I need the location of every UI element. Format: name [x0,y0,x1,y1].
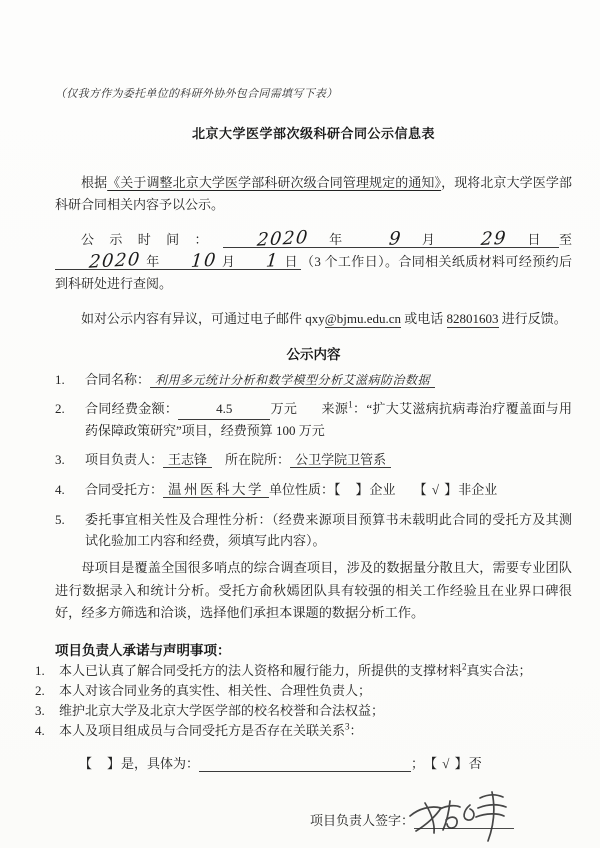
publicity-content-heading: 公示内容 [55,343,572,363]
handwritten-end-day: 1 [235,255,285,270]
item-number: 5. [55,509,85,551]
handwritten-start-month: 9 [357,233,407,248]
item-number: 1. [55,369,85,391]
source-colon: ： [353,401,367,416]
checkbox-yes[interactable]: 【 】 [79,753,121,772]
analysis-paragraph: 母项目是覆盖全国很多哨点的综合调查项目，涉及的数据量分散且大，需要专业团队进行数… [55,557,572,625]
document-content: （仅我方作为委托单位的科研外协外包合同需填写下表） 北京大学医学部次级科研合同公… [55,0,572,829]
declaration-items-list: 1. 本人已认真了解合同受托方的法人资格和履行能力，所提供的支撑材料2真实合法；… [35,661,572,741]
publicity-time-label: 公示时间： [81,232,223,247]
trustee-value: 温州医科大学 [163,482,269,498]
checkbox-enterprise[interactable]: 【 】 [334,482,370,497]
source-label: 来源 [321,401,348,416]
declaration-3-text: 维护北京大学及北京大学医学部的校名校誉和合法权益； [59,701,572,721]
end-date-fill: 2020年10月1日 [55,254,301,270]
yes-label: 是，具体为： [121,753,199,772]
amount-unit: 万元 [270,401,297,416]
to-character: 至 [559,232,572,247]
contract-name-label: 合同名称： [85,372,150,387]
item-number: 1. [35,661,59,681]
item-number: 4. [55,479,85,500]
declaration-1-suffix: 真实合法； [467,663,532,678]
list-item-project-leader: 3. 项目负责人：王志锋 所在院所：公卫学院卫管系 [55,449,572,470]
handwritten-start-day: 29 [450,232,513,247]
department-value: 公卫学院卫管系 [290,452,391,468]
handwritten-end-year: 2020 [58,254,147,271]
checkbox-no[interactable]: 【 √ 】 [424,753,469,772]
list-item-contract-amount: 2. 合同经费金额：4.5万元来源1：“扩大艾滋病抗病毒治疗覆盖面与用药保障政策… [55,398,572,441]
basis-paragraph: 根据《关于调整北京大学医学部科研次级合同管理规定的通知》，现将北京大学医学部科研… [55,172,572,216]
form-instruction-note: （仅我方作为委托单位的科研外协外包合同需填写下表） [55,85,572,101]
email-domain: @bjmu.edu.cn [325,311,401,328]
relation-confirm-row: 【 】 是，具体为： ； 【 √ 】 否 [79,753,572,772]
detail-blank-line[interactable] [199,757,411,772]
amount-label: 合同经费金额： [85,401,178,416]
declaration-2-text: 本人对该合同业务的真实性、相关性、合理性负责人； [59,681,572,701]
separator: ； [411,753,424,772]
day-unit: 日 [512,232,556,247]
signature-handwriting [402,784,522,844]
declaration-4-suffix: ： [350,723,363,738]
entity-type-label: 单位性质： [269,482,334,497]
declaration-item-4: 4. 本人及项目组成员与合同受托方是否存在关联关系3： [35,721,572,741]
leader-label: 项目负责人： [85,452,163,467]
item-number: 4. [35,721,59,741]
phone-number: 82801603 [447,311,499,328]
start-date-fill: 2020年9月29日 [223,232,559,248]
declaration-item-3: 3. 维护北京大学及北京大学医学部的校名校誉和合法权益； [35,701,572,721]
year-unit: 年 [314,232,358,247]
signature-row: 项目负责人签字： [55,810,572,829]
trustee-label: 合同受托方： [85,482,163,497]
checkbox-enterprise-label: 企业 [370,482,396,497]
regulation-notice-link: 《关于调整北京大学医学部科研次级合同管理规定的通知》 [107,175,441,190]
email-user: qxy [305,311,325,326]
declaration-item-1: 1. 本人已认真了解合同受托方的法人资格和履行能力，所提供的支撑材料2真实合法； [35,661,572,681]
signature-label: 项目负责人签字： [310,810,414,829]
department-label: 所在院所： [225,452,290,467]
year-unit-2: 年 [146,254,160,269]
no-label: 否 [469,753,482,772]
month-unit: 月 [406,232,450,247]
feedback-paragraph: 如对公示内容有异议，可通过电子邮件 qxy@bjmu.edu.cn 或电话 82… [55,308,572,330]
handwritten-end-month: 10 [159,254,222,269]
leader-name-value: 王志锋 [163,452,212,468]
item-number: 2. [35,681,59,701]
feedback-prefix: 如对公示内容有异议，可通过电子邮件 [81,311,305,326]
handwritten-start-year: 2020 [225,232,314,249]
publicity-time-paragraph: 公示时间：2020年9月29日至2020年10月1日（3 个工作日）。合同相关纸… [55,229,572,295]
day-unit-2: 日 [284,254,298,269]
item-number: 2. [55,398,85,441]
feedback-suffix: 进行反馈。 [499,311,567,326]
month-unit-2: 月 [222,254,236,269]
feedback-mid: 或电话 [401,311,447,326]
page-title: 北京大学医学部次级科研合同公示信息表 [55,123,572,142]
rationality-analysis-text: 委托事宜相关性及合理性分析：（经费来源项目预算书未载明此合同的受托方及其测试化验… [85,509,572,551]
item-number: 3. [35,701,59,721]
checkbox-non-enterprise[interactable]: 【 √ 】 [414,482,459,497]
list-item-trustee: 4. 合同受托方：温州医科大学单位性质：【 】企业【 √ 】非企业 [55,479,572,500]
publicity-items-list: 1. 合同名称：利用多元统计分析和数学模型分析艾滋病防治数据 2. 合同经费金额… [55,369,572,551]
basis-prefix: 根据 [81,175,107,190]
scanned-document-page: （仅我方作为委托单位的科研外协外包合同需填写下表） 北京大学医学部次级科研合同公… [0,0,600,848]
declaration-4-text: 本人及项目组成员与合同受托方是否存在关联关系 [59,723,345,738]
signature-field[interactable] [414,812,514,829]
amount-value: 4.5 [178,398,270,420]
list-item-contract-name: 1. 合同名称：利用多元统计分析和数学模型分析艾滋病防治数据 [55,369,572,391]
checkbox-non-enterprise-label: 非企业 [458,482,497,497]
contract-name-value: 利用多元统计分析和数学模型分析艾滋病防治数据 [150,373,435,388]
declaration-1-text: 本人已认真了解合同受托方的法人资格和履行能力，所提供的支撑材料 [59,663,462,678]
list-item-rationality-analysis: 5. 委托事宜相关性及合理性分析：（经费来源项目预算书未载明此合同的受托方及其测… [55,509,572,551]
item-number: 3. [55,449,85,470]
declaration-heading: 项目负责人承诺与声明事项： [55,639,572,659]
declaration-item-2: 2. 本人对该合同业务的真实性、相关性、合理性负责人； [35,681,572,701]
